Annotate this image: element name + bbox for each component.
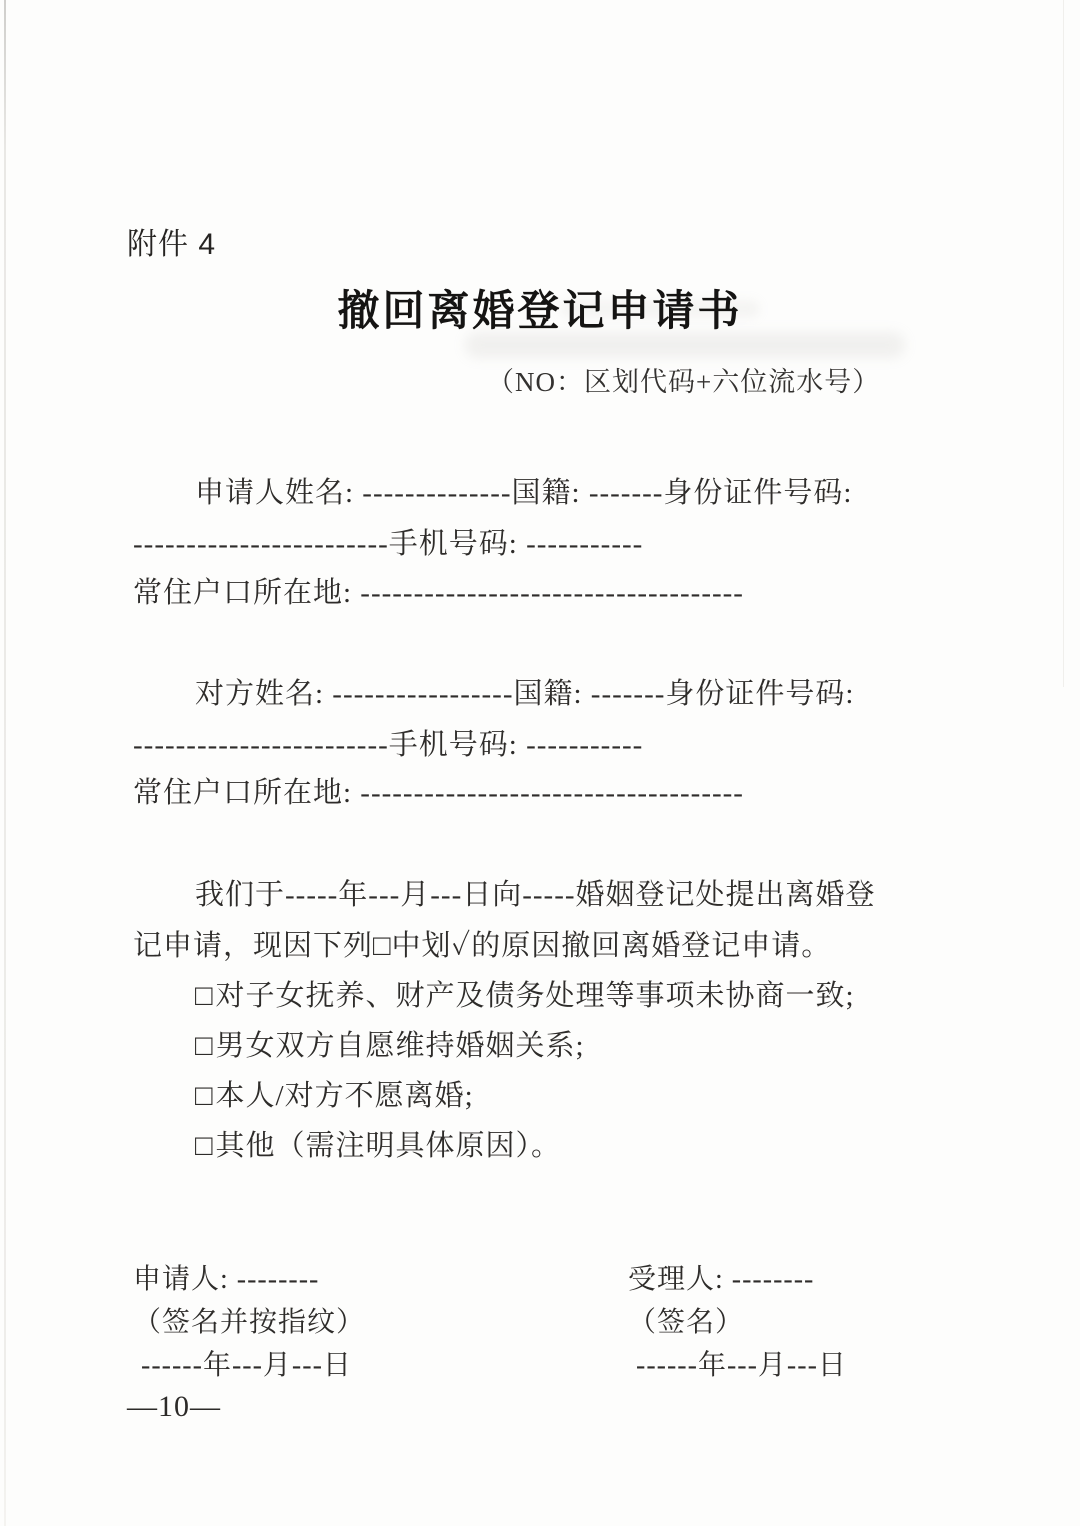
page-number: —10— bbox=[127, 1390, 221, 1424]
acceptor-signature-date-line: ------年---月---日 bbox=[628, 1344, 847, 1387]
applicant-id-continued-phone-line: ------------------------手机号码: ----------… bbox=[133, 521, 643, 562]
applicant-signature-note: （签名并按指纹） bbox=[133, 1301, 365, 1344]
reason-label: 本人/对方不愿离婚; bbox=[216, 1080, 474, 1112]
reason-row: □男女双方自愿维持婚姻关系; bbox=[195, 1023, 585, 1064]
applicant-signature-date-line: ------年---月---日 bbox=[133, 1344, 365, 1387]
attachment-label: 附件 4 bbox=[127, 219, 216, 263]
applicant-signature-block: 申请人: -------- （签名并按指纹） ------年---月---日 bbox=[133, 1258, 365, 1387]
applicant-name-nationality-id-line: 申请人姓名: --------------国籍: -------身份证件号码: bbox=[195, 470, 852, 511]
reason-label: 男女双方自愿维持婚姻关系; bbox=[216, 1030, 585, 1062]
scan-edge-line-left bbox=[4, 0, 6, 1526]
scanned-document-page: { "page": { "attachment_label": "附件 4", … bbox=[0, 0, 1080, 1526]
reason-row: □对子女抚养、财产及债务处理等事项未协商一致; bbox=[195, 973, 855, 1014]
acceptor-signature-block: 受理人: -------- （签名） ------年---月---日 bbox=[628, 1258, 847, 1387]
acceptor-signature-note: （签名） bbox=[628, 1301, 847, 1344]
other-party-household-residence-line: 常住户口所在地: -------------------------------… bbox=[133, 770, 744, 811]
checkbox-icon: □ bbox=[195, 1130, 214, 1162]
serial-number-note: （NO：区划代码+六位流水号） bbox=[487, 360, 880, 399]
reason-row: □其他（需注明具体原因）。 bbox=[195, 1123, 561, 1164]
checkbox-icon: □ bbox=[195, 1080, 214, 1112]
document-title: 撤回离婚登记申请书 bbox=[0, 278, 1080, 338]
reason-label: 对子女抚养、财产及债务处理等事项未协商一致; bbox=[216, 980, 855, 1012]
reason-label: 其他（需注明具体原因）。 bbox=[216, 1130, 562, 1162]
applicant-household-residence-line: 常住户口所在地: -------------------------------… bbox=[133, 570, 744, 611]
acceptor-signature-name-line: 受理人: -------- bbox=[628, 1258, 847, 1301]
other-party-name-nationality-id-line: 对方姓名: -----------------国籍: -------身份证件号码… bbox=[195, 671, 854, 712]
other-party-id-continued-phone-line: ------------------------手机号码: ----------… bbox=[133, 722, 643, 763]
reason-row: □本人/对方不愿离婚; bbox=[195, 1073, 474, 1114]
checkbox-icon: □ bbox=[195, 980, 214, 1012]
checkbox-icon: □ bbox=[195, 1030, 214, 1062]
scan-edge-line-right bbox=[1063, 0, 1064, 687]
statement-line-2: 记申请，现因下列□中划✓的原因撤回离婚登记申请。 bbox=[133, 923, 831, 964]
applicant-signature-name-line: 申请人: -------- bbox=[133, 1258, 365, 1301]
statement-line-1: 我们于-----年---月---日向-----婚姻登记处提出离婚登 bbox=[195, 872, 876, 913]
